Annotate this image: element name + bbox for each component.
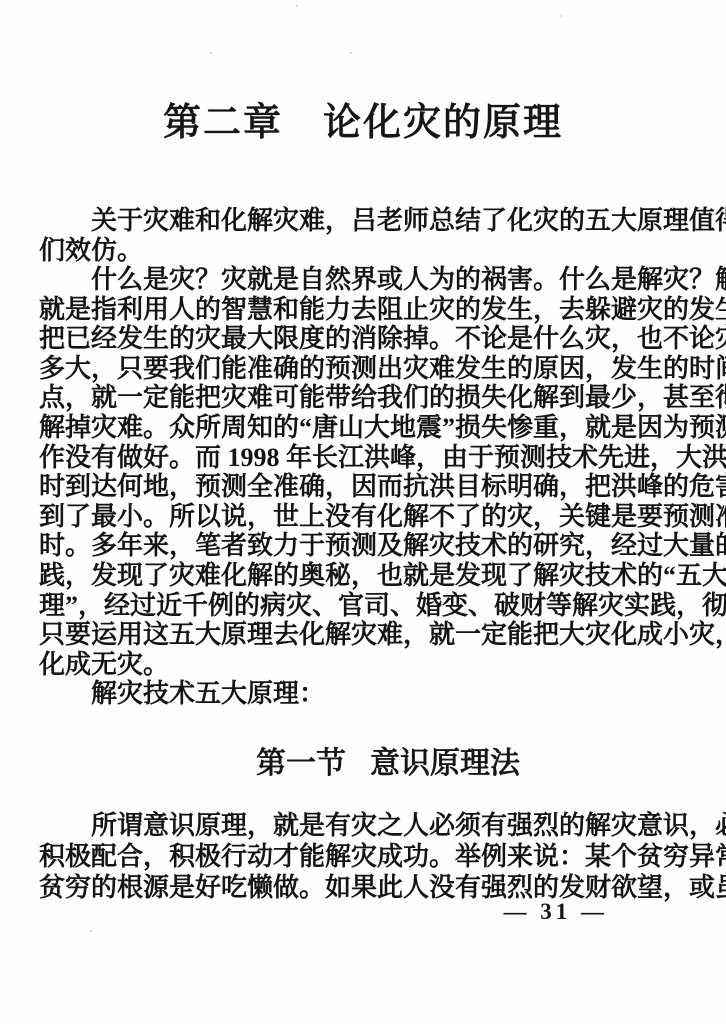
text-line: 作没有做好。而 1998 年长江洪峰，由于预测技术先进，大洪峰何	[39, 443, 691, 473]
text-line: 解掉灾难。众所周知的“唐山大地震”损失惨重，就是因为预测工	[39, 413, 691, 443]
section-title: 第一节意识原理法	[0, 745, 726, 783]
text-line: 理”，经过近千例的病灾、官司、婚变、破财等解灾实践，彻底证明，	[39, 591, 691, 621]
text-line: 多大，只要我们能准确的预测出灾难发生的原因，发生的时间和地	[39, 354, 691, 384]
text-line: 就是指利用人的智慧和能力去阻止灾的发生，去躲避灾的发生，去	[39, 295, 691, 325]
text-line: 什么是灾？灾就是自然界或人为的祸害。什么是解灾？解灾	[39, 265, 691, 295]
section-title-text: 意识原理法	[370, 747, 520, 780]
text-line: 点，就一定能把灾难可能带给我们的损失化解到最少，甚至彻底化	[39, 383, 691, 413]
text-line: 积极配合，积极行动才能解灾成功。举例来说：某个贫穷异常，但	[39, 841, 691, 872]
text-line: 时到达何地，预测全准确，因而抗洪目标明确，把洪峰的危害化解	[39, 472, 691, 502]
text-line: 践，发现了灾难化解的奥秘，也就是发现了解灾技术的“五大原	[39, 561, 691, 591]
text-line: 时。多年来，笔者致力于预测及解灾技术的研究，经过大量的实	[39, 531, 691, 561]
text-line: 解灾技术五大原理：	[39, 679, 691, 709]
text-line: 所谓意识原理，就是有灾之人必须有强烈的解灾意识，必须要	[39, 810, 691, 841]
scan-dust-specks	[296, 5, 298, 7]
chapter-title: 第二章论化灾的原理	[0, 100, 726, 146]
chapter-title-text: 论化灾的原理	[323, 102, 563, 144]
principles-lead-paragraph: 解灾技术五大原理：	[39, 679, 691, 709]
text-line: 把已经发生的灾最大限度的消除掉。不论是什么灾，也不论灾有	[39, 324, 691, 354]
text-line: 关于灾难和化解灾难，吕老师总结了化灾的五大原理值得我	[39, 206, 691, 236]
scanned-book-page: 第二章论化灾的原理 关于灾难和化解灾难，吕老师总结了化灾的五大原理值得我 们效仿…	[0, 0, 726, 1024]
section-paragraph: 所谓意识原理，就是有灾之人必须有强烈的解灾意识，必须要 积极配合，积极行动才能解…	[39, 810, 691, 903]
text-line: 到了最小。所以说，世上没有化解不了的灾，关键是要预测准确及	[39, 502, 691, 532]
text-line: 化成无灾。	[39, 650, 691, 680]
section-number: 第一节	[256, 747, 346, 780]
text-line: 们效仿。	[39, 236, 691, 266]
text-line: 只要运用这五大原理去化解灾难，就一定能把大灾化成小灾，小灾	[39, 620, 691, 650]
chapter-number: 第二章	[163, 102, 283, 144]
intro-paragraph: 关于灾难和化解灾难，吕老师总结了化灾的五大原理值得我 们效仿。	[39, 206, 691, 265]
main-paragraph: 什么是灾？灾就是自然界或人为的祸害。什么是解灾？解灾 就是指利用人的智慧和能力去…	[39, 265, 691, 679]
page-number: — 31 —	[504, 899, 609, 925]
